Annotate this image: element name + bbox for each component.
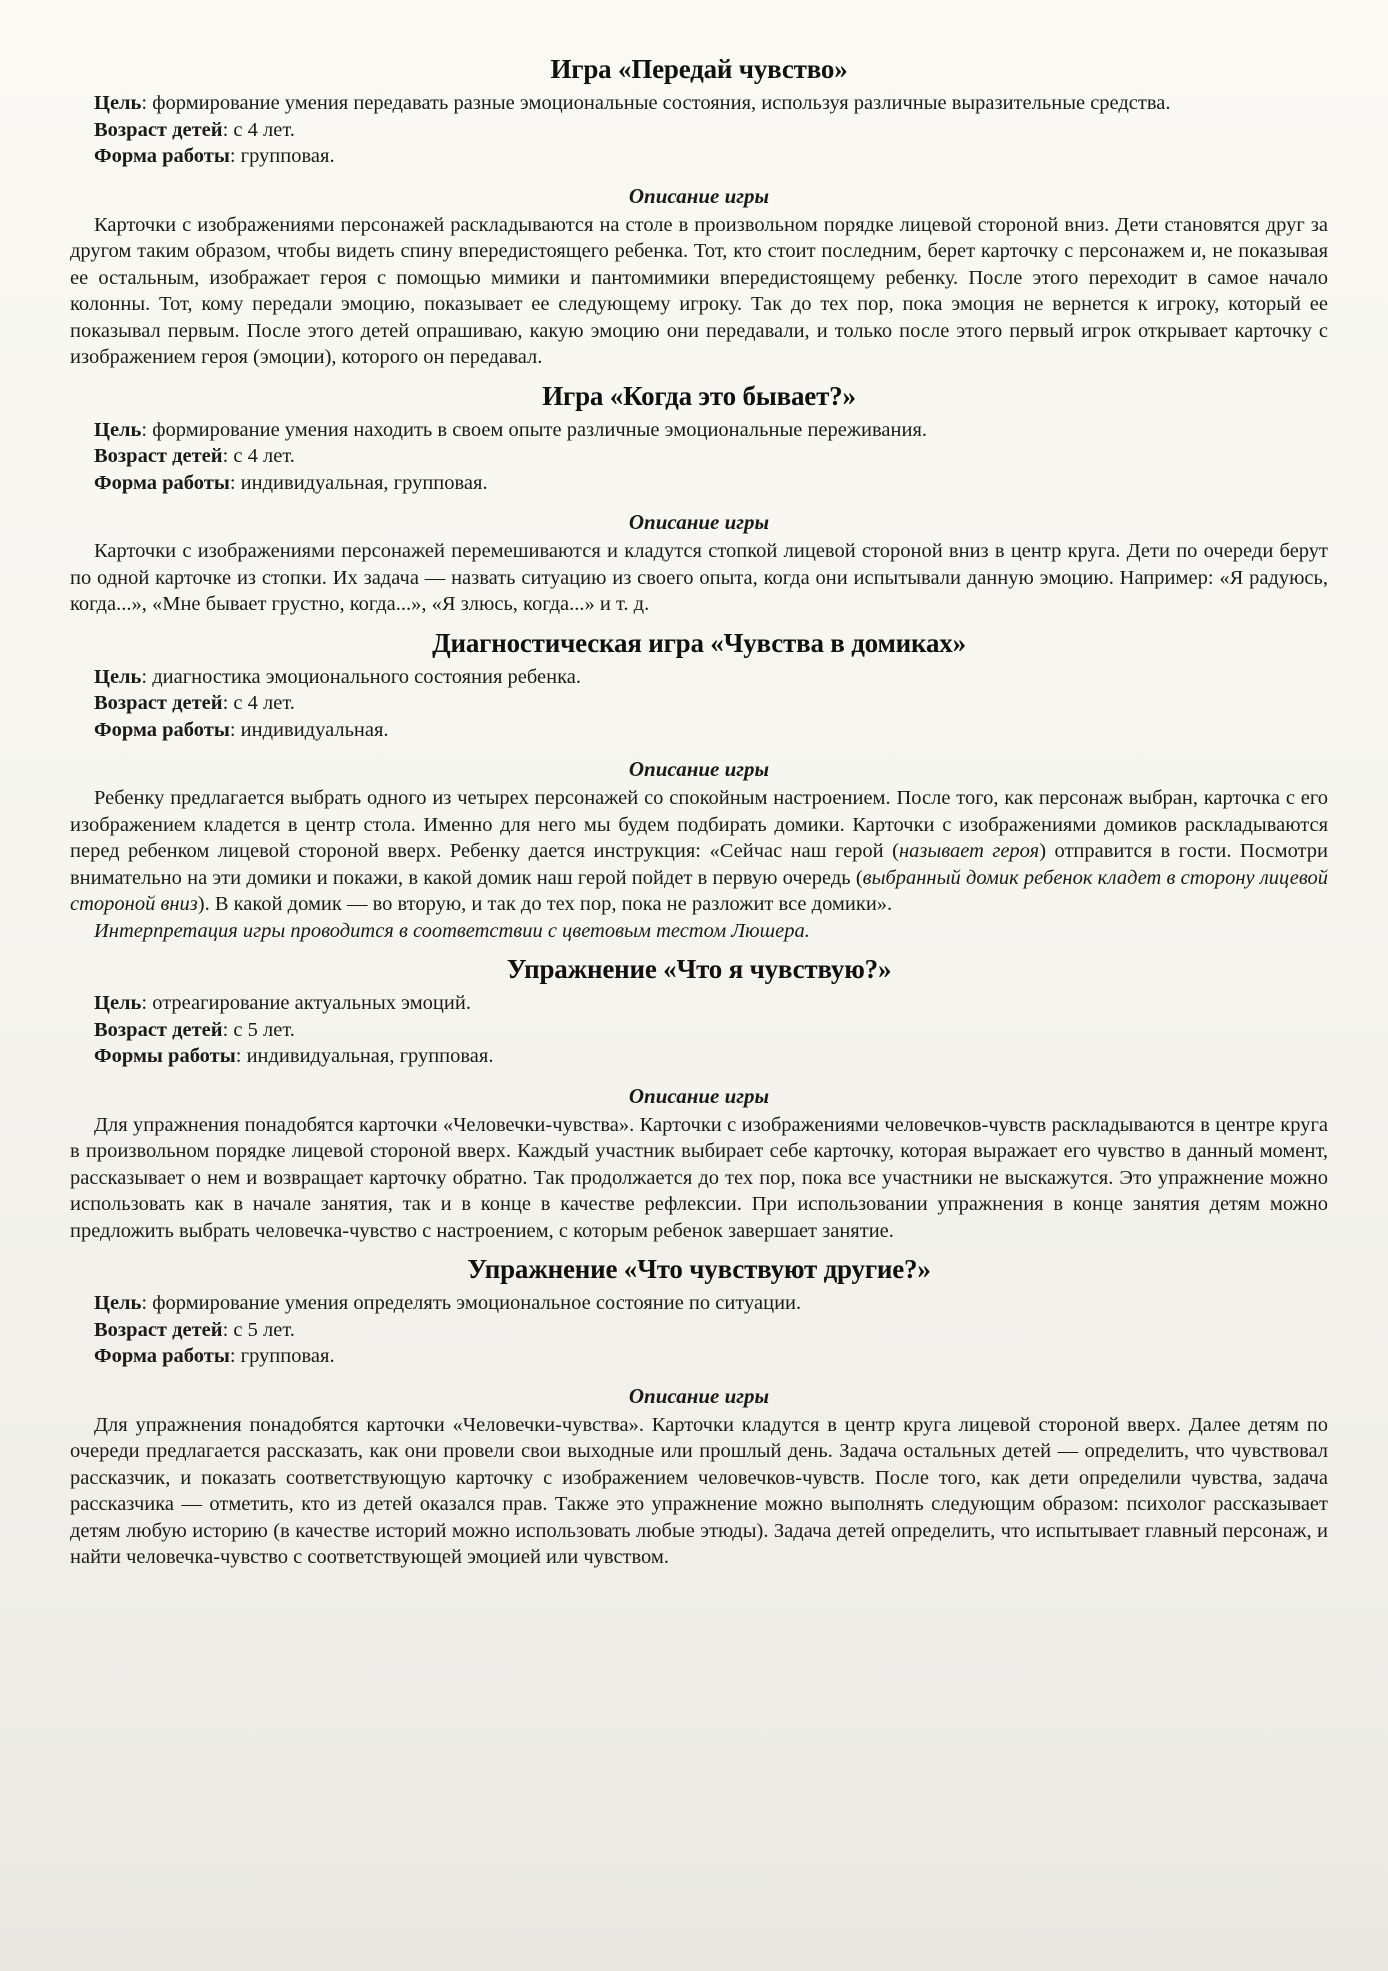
- description-paragraph: Карточки с изображениями персонажей раск…: [70, 212, 1328, 371]
- document-page: Игра «Передай чувство» Цель: формировани…: [0, 0, 1388, 1571]
- description-title: Описание игры: [70, 1082, 1328, 1110]
- goal-text: формирование умения определять эмоционал…: [152, 1292, 801, 1314]
- goal-text: отреагирование актуальных эмоций.: [152, 992, 471, 1014]
- interpretation-note: Интерпретация игры проводится в соответс…: [70, 918, 1328, 945]
- goal-label: Цель: [94, 1292, 141, 1314]
- form-text: групповая.: [241, 1345, 335, 1367]
- age-line: Возраст детей: с 5 лет.: [70, 1317, 1328, 1344]
- form-line: Форма работы: индивидуальная, групповая.: [70, 470, 1328, 497]
- form-label: Форма работы: [94, 1345, 230, 1367]
- section-title: Упражнение «Что я чувствую?»: [70, 952, 1328, 986]
- form-text: групповая.: [241, 145, 335, 167]
- form-line: Форма работы: групповая.: [70, 1343, 1328, 1370]
- section-what-do-i-feel: Упражнение «Что я чувствую?» Цель: отреа…: [70, 952, 1328, 1244]
- section-title: Игра «Передай чувство»: [70, 52, 1328, 86]
- age-text: с 5 лет.: [233, 1019, 294, 1041]
- goal-line: Цель: диагностика эмоционального состоян…: [70, 664, 1328, 691]
- form-label: Форма работы: [94, 145, 230, 167]
- description-text: ). В какой домик — во вторую, и так до т…: [198, 893, 892, 915]
- age-label: Возраст детей: [94, 692, 223, 714]
- age-text: с 4 лет.: [233, 445, 294, 467]
- form-label: Формы работы: [94, 1045, 236, 1067]
- age-line: Возраст детей: с 5 лет.: [70, 1017, 1328, 1044]
- form-line: Формы работы: индивидуальная, групповая.: [70, 1043, 1328, 1070]
- description-title: Описание игры: [70, 182, 1328, 210]
- form-label: Форма работы: [94, 472, 230, 494]
- age-text: с 4 лет.: [233, 119, 294, 141]
- goal-line: Цель: формирование умения передавать раз…: [70, 90, 1328, 117]
- goal-label: Цель: [94, 92, 141, 114]
- age-label: Возраст детей: [94, 1019, 223, 1041]
- description-title: Описание игры: [70, 755, 1328, 783]
- description-italic-text: называет героя: [899, 840, 1039, 862]
- goal-line: Цель: отреагирование актуальных эмоций.: [70, 990, 1328, 1017]
- description-paragraph: Карточки с изображениями персонажей пере…: [70, 538, 1328, 618]
- section-title: Игра «Когда это бывает?»: [70, 379, 1328, 413]
- section-feelings-in-houses: Диагностическая игра «Чувства в домиках»…: [70, 626, 1328, 945]
- section-pass-the-feeling: Игра «Передай чувство» Цель: формировани…: [70, 52, 1328, 371]
- description-paragraph: Для упражнения понадобятся карточки «Чел…: [70, 1412, 1328, 1571]
- age-line: Возраст детей: с 4 лет.: [70, 443, 1328, 470]
- form-text: индивидуальная, групповая.: [247, 1045, 494, 1067]
- description-title: Описание игры: [70, 1382, 1328, 1410]
- goal-text: формирование умения передавать разные эм…: [152, 92, 1170, 114]
- form-text: индивидуальная.: [241, 719, 389, 741]
- section-title: Упражнение «Что чувствуют другие?»: [70, 1252, 1328, 1286]
- age-line: Возраст детей: с 4 лет.: [70, 117, 1328, 144]
- section-title: Диагностическая игра «Чувства в домиках»: [70, 626, 1328, 660]
- form-text: индивидуальная, групповая.: [241, 472, 488, 494]
- age-text: с 5 лет.: [233, 1319, 294, 1341]
- description-title: Описание игры: [70, 508, 1328, 536]
- form-label: Форма работы: [94, 719, 230, 741]
- goal-label: Цель: [94, 992, 141, 1014]
- section-when-does-it-happen: Игра «Когда это бывает?» Цель: формирова…: [70, 379, 1328, 618]
- section-what-others-feel: Упражнение «Что чувствуют другие?» Цель:…: [70, 1252, 1328, 1571]
- age-label: Возраст детей: [94, 445, 223, 467]
- age-label: Возраст детей: [94, 119, 223, 141]
- goal-text: диагностика эмоционального состояния реб…: [152, 666, 581, 688]
- form-line: Форма работы: индивидуальная.: [70, 717, 1328, 744]
- age-text: с 4 лет.: [233, 692, 294, 714]
- goal-text: формирование умения находить в своем опы…: [152, 419, 927, 441]
- age-label: Возраст детей: [94, 1319, 223, 1341]
- goal-label: Цель: [94, 666, 141, 688]
- age-line: Возраст детей: с 4 лет.: [70, 690, 1328, 717]
- description-paragraph: Ребенку предлагается выбрать одного из ч…: [70, 785, 1328, 918]
- goal-label: Цель: [94, 419, 141, 441]
- goal-line: Цель: формирование умения находить в сво…: [70, 417, 1328, 444]
- description-paragraph: Для упражнения понадобятся карточки «Чел…: [70, 1112, 1328, 1245]
- form-line: Форма работы: групповая.: [70, 143, 1328, 170]
- goal-line: Цель: формирование умения определять эмо…: [70, 1290, 1328, 1317]
